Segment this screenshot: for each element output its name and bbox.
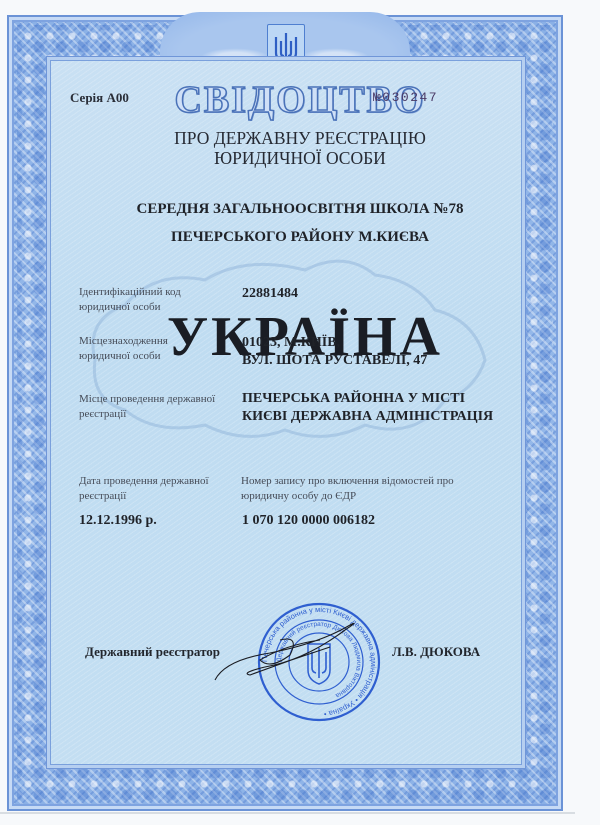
record-number-label: Номер запису про включення відомостей пр…: [241, 474, 491, 504]
paper-edge: [0, 812, 575, 814]
registration-date-label: Дата проведення державної реєстрації: [79, 474, 239, 504]
series-label: Серія А00: [70, 90, 129, 106]
registrar-name: Л.В. ДЮКОВА: [392, 644, 480, 660]
location-value: 01023, М.КИЇВ, ВУЛ. ШОТА РУСТАВЕЛІ, 47: [242, 334, 427, 370]
organization-name-line1: СЕРЕДНЯ ЗАГАЛЬНООСВІТНЯ ШКОЛА №78: [90, 201, 510, 218]
id-code-label: Ідентифікаційний код юридичної особи: [79, 285, 239, 315]
certificate-number: №030247: [373, 90, 438, 105]
registration-place-value: ПЕЧЕРСЬКА РАЙОННА У МІСТІ КИЄВІ ДЕРЖАВНА…: [242, 390, 493, 426]
certificate-subtitle-line2: ЮРИДИЧНОЇ ОСОБИ: [130, 148, 470, 169]
registrar-label: Державний реєстратор: [85, 644, 220, 660]
certificate-subtitle-line1: ПРО ДЕРЖАВНУ РЕЄСТРАЦІЮ: [130, 128, 470, 149]
handwritten-signature: [210, 605, 360, 695]
record-number-value: 1 070 120 0000 006182: [242, 513, 375, 529]
id-code-value: 22881484: [242, 285, 298, 303]
registration-date-value: 12.12.1996 р.: [79, 513, 157, 529]
registration-place-label: Місце проведення державної реєстрації: [79, 392, 239, 422]
organization-name-line2: ПЕЧЕРСЬКОГО РАЙОНУ М.КИЄВА: [90, 229, 510, 246]
location-label: Місцезнаходження юридичної особи: [79, 334, 239, 364]
